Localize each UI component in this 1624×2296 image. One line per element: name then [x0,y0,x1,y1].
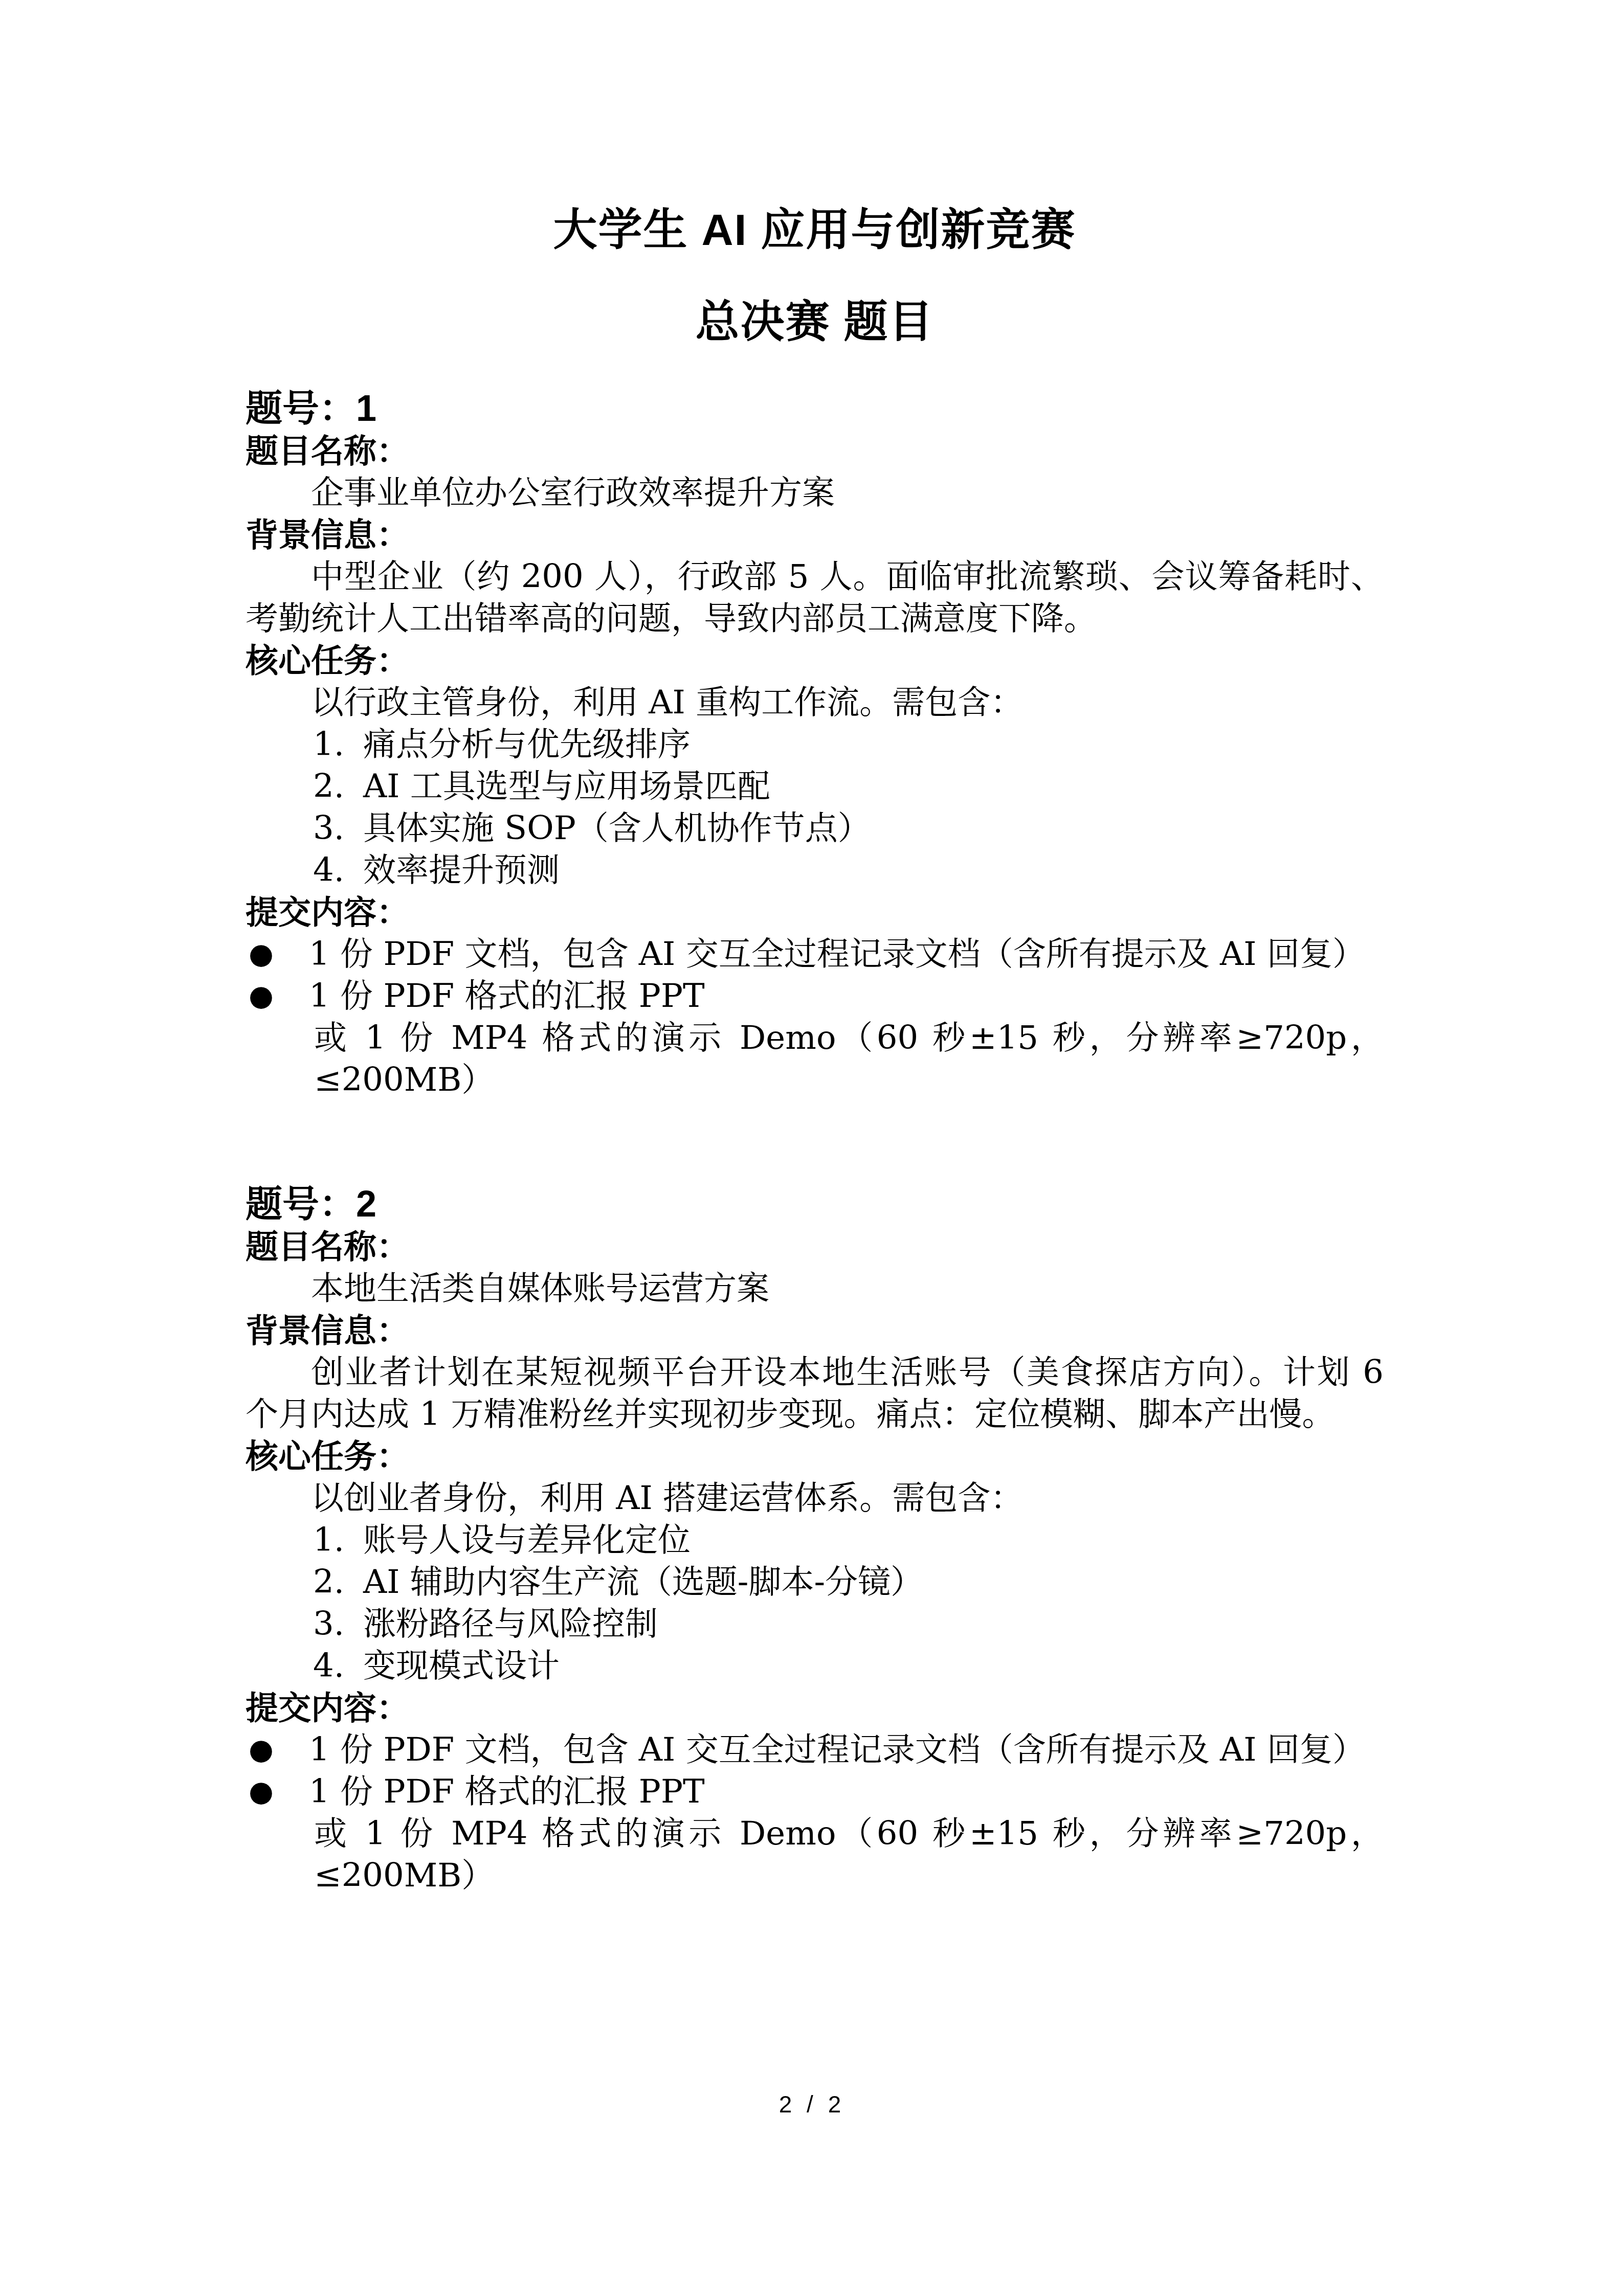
section-heading-core-tasks: 核心任务： [246,640,1384,682]
submission-alternative: 或 1 份 MP4 格式的演示 Demo（60 秒±15 秒，分辨率≥720p，… [314,1813,1384,1897]
submission-text: 1 份 PDF 文档，包含 AI 交互全过程记录文档（含所有提示及 AI 回复） [309,933,1384,975]
section-heading-background: 背景信息： [246,1310,1384,1352]
core-tasks-intro: 以行政主管身份，利用 AI 重构工作流。需包含： [246,682,1384,724]
submission-item: ● 1 份 PDF 格式的汇报 PPT [246,1771,1384,1813]
document-page: 大学生 AI 应用与创新竞赛 总决赛 题目 题号：1 题目名称： 企事业单位办公… [0,0,1624,2296]
page-title: 大学生 AI 应用与创新竞赛 [246,202,1384,258]
bullet-icon: ● [246,975,309,1017]
section-heading-core-tasks: 核心任务： [246,1435,1384,1477]
task-item: 4.效率提升预测 [313,849,1384,891]
section-heading-topic-name: 题目名称： [246,1226,1384,1268]
task-number: 4. [313,849,363,891]
task-text: AI 工具选型与应用场景匹配 [363,768,770,805]
topic-number: 题号：1 [246,387,1384,430]
topic-name-value: 本地生活类自媒体账号运营方案 [246,1268,1384,1310]
topic-section-2: 题号：2 题目名称： 本地生活类自媒体账号运营方案 背景信息： 创业者计划在某短… [246,1183,1384,1897]
task-item: 2.AI 辅助内容生产流（选题-脚本-分镜） [313,1561,1384,1603]
page-number: 2 / 2 [0,2089,1624,2120]
task-number: 3. [313,807,363,849]
task-item: 3.涨粉路径与风险控制 [313,1603,1384,1645]
task-item: 3.具体实施 SOP（含人机协作节点） [313,807,1384,849]
bullet-icon: ● [246,1729,309,1771]
task-text: AI 辅助内容生产流（选题-脚本-分镜） [363,1563,923,1601]
task-number: 2. [313,1561,363,1603]
task-number: 1. [313,724,363,766]
task-text: 具体实施 SOP（含人机协作节点） [363,809,871,847]
page-subtitle: 总决赛 题目 [246,294,1384,350]
task-number: 3. [313,1603,363,1645]
bullet-icon: ● [246,933,309,975]
section-heading-submission: 提交内容： [246,891,1384,933]
task-text: 痛点分析与优先级排序 [363,726,691,763]
submission-text: 1 份 PDF 格式的汇报 PPT [309,975,1384,1017]
topic-section-1: 题号：1 题目名称： 企事业单位办公室行政效率提升方案 背景信息： 中型企业（约… [246,387,1384,1101]
section-heading-background: 背景信息： [246,514,1384,556]
submission-text: 1 份 PDF 格式的汇报 PPT [309,1771,1384,1813]
submission-item: ● 1 份 PDF 文档，包含 AI 交互全过程记录文档（含所有提示及 AI 回… [246,1729,1384,1771]
task-item: 4.变现模式设计 [313,1645,1384,1687]
topic-number: 题号：2 [246,1183,1384,1226]
submission-alternative: 或 1 份 MP4 格式的演示 Demo（60 秒±15 秒，分辨率≥720p，… [314,1017,1384,1101]
task-number: 1. [313,1519,363,1561]
task-text: 变现模式设计 [363,1647,560,1685]
section-heading-topic-name: 题目名称： [246,430,1384,472]
task-item: 1.账号人设与差异化定位 [313,1519,1384,1561]
core-tasks-intro: 以创业者身份，利用 AI 搭建运营体系。需包含： [246,1477,1384,1519]
topic-name-value: 企事业单位办公室行政效率提升方案 [246,472,1384,514]
task-item: 1.痛点分析与优先级排序 [313,724,1384,766]
task-text: 账号人设与差异化定位 [363,1521,691,1559]
section-heading-submission: 提交内容： [246,1687,1384,1729]
submission-item: ● 1 份 PDF 格式的汇报 PPT [246,975,1384,1017]
background-text: 创业者计划在某短视频平台开设本地生活账号（美食探店方向）。计划 6 个月内达成 … [246,1352,1384,1435]
task-number: 4. [313,1645,363,1687]
task-text: 效率提升预测 [363,851,560,889]
bullet-icon: ● [246,1771,309,1813]
task-text: 涨粉路径与风险控制 [363,1605,658,1643]
submission-text: 1 份 PDF 文档，包含 AI 交互全过程记录文档（含所有提示及 AI 回复） [309,1729,1384,1771]
submission-item: ● 1 份 PDF 文档，包含 AI 交互全过程记录文档（含所有提示及 AI 回… [246,933,1384,975]
task-item: 2.AI 工具选型与应用场景匹配 [313,766,1384,807]
background-text: 中型企业（约 200 人），行政部 5 人。面临审批流繁琐、会议筹备耗时、考勤统… [246,556,1384,640]
task-number: 2. [313,766,363,807]
